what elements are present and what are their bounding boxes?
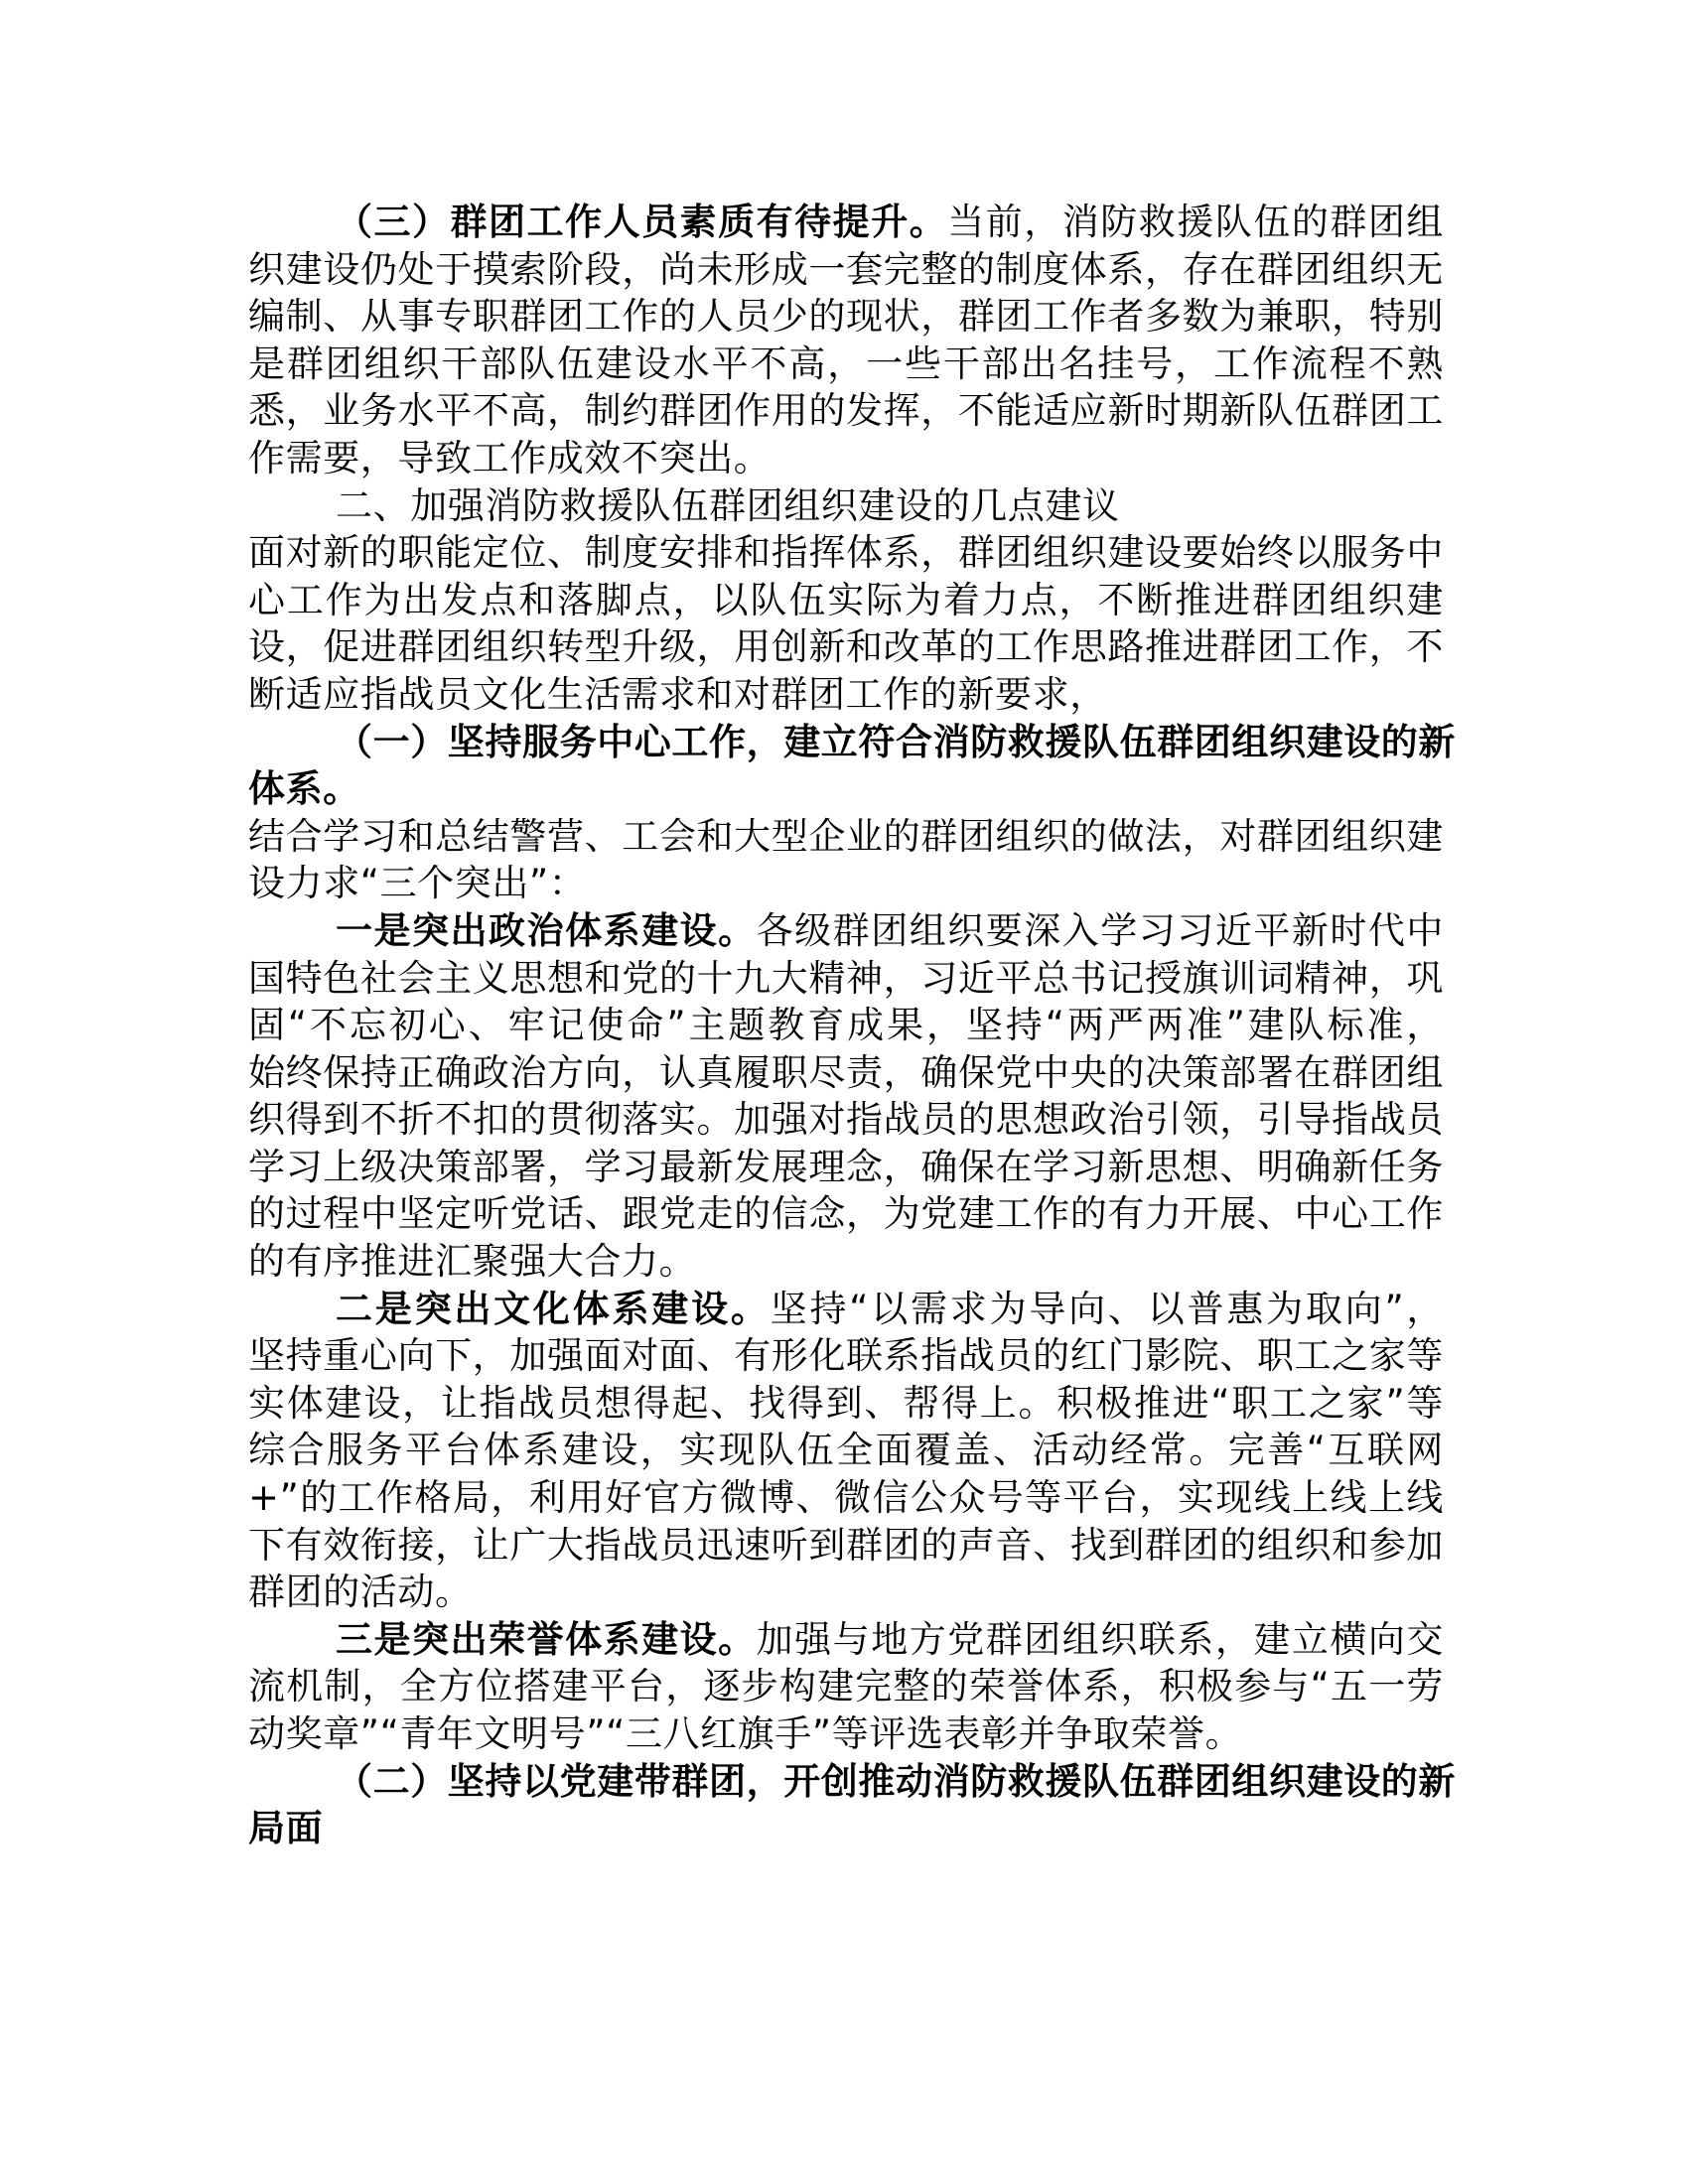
text-line: （三）群团工作人员素质有待提升。当前，消防救援队伍的群团组 xyxy=(248,199,1444,246)
heading-line: （二）坚持以党建带群团，开创推动消防救援队伍群团组织建设的新 xyxy=(248,1758,1444,1806)
document-page: （三）群团工作人员素质有待提升。当前，消防救援队伍的群团组 织建设仍处于摸索阶段… xyxy=(248,199,1444,1852)
text-line: 织得到不折不扣的贯彻落实。加强对指战员的思想政治引领，引导指战员 xyxy=(248,1096,1444,1144)
subheading-1: （一）坚持服务中心工作，建立符合消防救援队伍群团组织建设的新 体系。 xyxy=(248,719,1444,813)
heading-line: 局面 xyxy=(248,1805,1444,1852)
paragraph-intro: 面对新的职能定位、制度安排和指挥体系，群团组织建设要始终以服务中 心工作为出发点… xyxy=(248,529,1444,718)
text-line: 心工作为出发点和落脚点，以队伍实际为着力点，不断推进群团组织建 xyxy=(248,577,1444,624)
text-line: 下有效衔接，让广大指战员迅速听到群团的声音、找到群团的组织和参加 xyxy=(248,1522,1444,1570)
heading-line: （一）坚持服务中心工作，建立符合消防救援队伍群团组织建设的新 xyxy=(248,719,1444,766)
text-line: 面对新的职能定位、制度安排和指挥体系，群团组织建设要始终以服务中 xyxy=(248,529,1444,577)
text-line: 三是突出荣誉体系建设。加强与地方党群团组织联系，建立横向交 xyxy=(248,1616,1444,1664)
text-line: 断适应指战员文化生活需求和对群团工作的新要求， xyxy=(248,671,1444,719)
paragraph-heading: 三是突出荣誉体系建设。 xyxy=(336,1618,757,1661)
text-line: 综合服务平台体系建设，实现队伍全面覆盖、活动经常。完善“互联网 xyxy=(248,1427,1444,1474)
text-line: 的有序推进汇聚强大合力。 xyxy=(248,1238,1444,1286)
text-line: 国特色社会主义思想和党的十九大精神，习近平总书记授旗训词精神，巩 xyxy=(248,955,1444,1003)
text-line: 设，促进群团组织转型升级，用创新和改革的工作思路推进群团工作，不 xyxy=(248,623,1444,671)
text-line: 群团的活动。 xyxy=(248,1569,1444,1616)
subheading-2: （二）坚持以党建带群团，开创推动消防救援队伍群团组织建设的新 局面 xyxy=(248,1758,1444,1852)
text-line: 悉，业务水平不高，制约群团作用的发挥，不能适应新时期新队伍群团工 xyxy=(248,387,1444,435)
text-line: 是群团组织干部队伍建设水平不高，一些干部出名挂号，工作流程不熟 xyxy=(248,341,1444,388)
text-line: 坚持重心向下，加强面对面、有形化联系指战员的红门影院、职工之家等 xyxy=(248,1332,1444,1380)
text-line: 学习上级决策部署，学习最新发展理念，确保在学习新思想、明确新任务 xyxy=(248,1144,1444,1191)
paragraph-three-highlights: 结合学习和总结警营、工会和大型企业的群团组织的做法，对群团组织建 设力求“三个突… xyxy=(248,813,1444,907)
paragraph-culture: 二是突出文化体系建设。坚持“以需求为导向、以普惠为取向”， 坚持重心向下，加强面… xyxy=(248,1286,1444,1616)
text-line: 结合学习和总结警营、工会和大型企业的群团组织的做法，对群团组织建 xyxy=(248,813,1444,861)
text-line: 实体建设，让指战员想得起、找得到、帮得上。积极推进“职工之家”等 xyxy=(248,1380,1444,1428)
heading-line: 体系。 xyxy=(248,765,1444,813)
text-line: 编制、从事专职群团工作的人员少的现状，群团工作者多数为兼职，特别 xyxy=(248,293,1444,341)
paragraph-issue-3: （三）群团工作人员素质有待提升。当前，消防救援队伍的群团组 织建设仍处于摸索阶段… xyxy=(248,199,1444,482)
text-line: 的过程中坚定听党话、跟党走的信念，为党建工作的有力开展、中心工作 xyxy=(248,1190,1444,1238)
text-line: 始终保持正确政治方向，认真履职尽责，确保党中央的决策部署在群团组 xyxy=(248,1049,1444,1097)
paragraph-heading: （三）群团工作人员素质有待提升。 xyxy=(336,201,947,243)
text-line: 作需要，导致工作成效不突出。 xyxy=(248,435,1444,482)
section-title: 二、加强消防救援队伍群团组织建设的几点建议 xyxy=(248,482,1444,530)
paragraph-heading: 一是突出政治体系建设。 xyxy=(336,909,757,952)
text-line: 一是突出政治体系建设。各级群团组织要深入学习习近平新时代中 xyxy=(248,907,1444,955)
text-line: 设力求“三个突出”： xyxy=(248,860,1444,907)
text-line: +”的工作格局，利用好官方微博、微信公众号等平台，实现线上线上线 xyxy=(248,1474,1444,1522)
text-line: 流机制，全方位搭建平台，逐步构建完整的荣誉体系，积极参与“五一劳 xyxy=(248,1663,1444,1710)
paragraph-heading: 二是突出文化体系建设。 xyxy=(336,1288,771,1330)
text-line: 织建设仍处于摸索阶段，尚未形成一套完整的制度体系，存在群团组织无 xyxy=(248,246,1444,294)
paragraph-honor: 三是突出荣誉体系建设。加强与地方党群团组织联系，建立横向交 流机制，全方位搭建平… xyxy=(248,1616,1444,1758)
paragraph-political: 一是突出政治体系建设。各级群团组织要深入学习习近平新时代中 国特色社会主义思想和… xyxy=(248,907,1444,1286)
text-line: 固“不忘初心、牢记使命”主题教育成果，坚持“两严两准”建队标准， xyxy=(248,1002,1444,1049)
text-line: 二是突出文化体系建设。坚持“以需求为导向、以普惠为取向”， xyxy=(248,1286,1444,1333)
text-line: 动奖章”“青年文明号”“三八红旗手”等评选表彰并争取荣誉。 xyxy=(248,1710,1444,1758)
